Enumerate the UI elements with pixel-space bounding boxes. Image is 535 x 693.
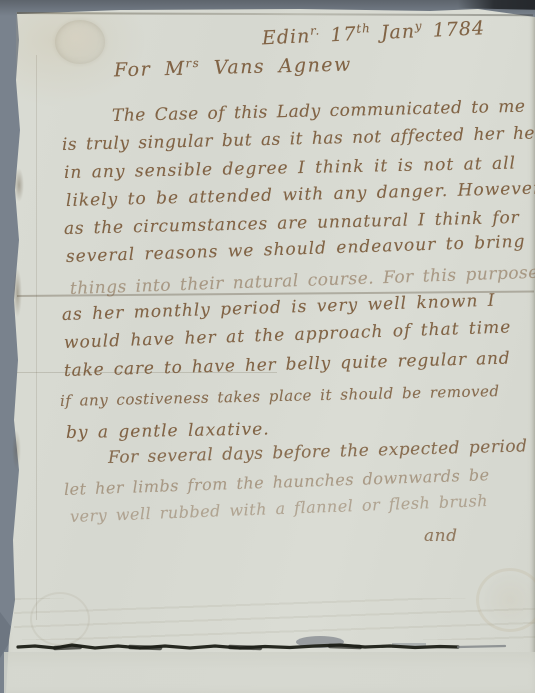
dateline-month: Jan (370, 20, 415, 44)
catchword: and (424, 526, 457, 546)
addressee-superscript: rs (185, 56, 200, 70)
edge-smudge (14, 168, 24, 202)
lower-sheet-strip (4, 652, 535, 693)
bottom-tear-crack (0, 632, 535, 658)
addressee-text: For M (114, 58, 186, 82)
edge-smudge (13, 268, 22, 318)
dateline-superscript: th (356, 21, 371, 36)
body-line: by a gentle laxative. (66, 419, 270, 443)
dateline-day: 17 (320, 23, 357, 47)
addressee-name: Vans Agnew (200, 54, 352, 80)
edge-smudge (12, 430, 21, 470)
scanned-letter-page: Edinr. 17th Jany 1784 For Mrs Vans Agnew… (0, 0, 535, 693)
scan-background-dark-corner (458, 0, 535, 10)
dateline-place: Edin (262, 25, 311, 49)
dateline-year: 1784 (422, 17, 485, 42)
embossed-seal-stamp (55, 20, 105, 64)
vertical-fold-crease (36, 55, 37, 620)
